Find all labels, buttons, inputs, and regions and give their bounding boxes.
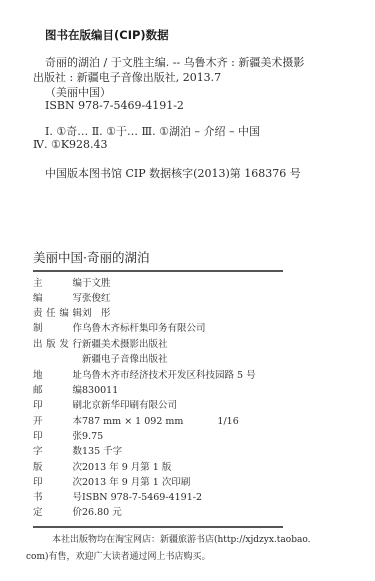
colophon-label: 制 作 bbox=[33, 321, 82, 336]
format-size: 787 mm × 1 092 mm bbox=[82, 416, 183, 427]
book-title: 美丽中国·奇丽的湖泊 bbox=[33, 248, 149, 266]
colophon-value: 830011 bbox=[82, 383, 118, 398]
colophon-row-address: 地 址乌鲁木齐市经济技术开发区科技园路 5 号 bbox=[33, 368, 82, 383]
colophon-label: 定 价 bbox=[33, 505, 82, 520]
colophon-value: 新疆美术摄影出版社 bbox=[82, 337, 168, 352]
cip-series-line: （美丽中国） bbox=[45, 84, 111, 100]
colophon-label: 书 号 bbox=[33, 490, 82, 505]
colophon-row-sheets: 印 张9.75 bbox=[33, 429, 82, 444]
colophon-row-postcode: 邮 编830011 bbox=[33, 383, 82, 398]
colophon-value: 乌鲁木齐市经济技术开发区科技园路 5 号 bbox=[82, 368, 256, 383]
colophon-value: 2013 年 9 月第 1 次印刷 bbox=[82, 475, 190, 490]
colophon-value: 刘 彤 bbox=[82, 306, 111, 321]
colophon-value: 135 千字 bbox=[82, 444, 122, 459]
colophon-value: 2013 年 9 月第 1 版 bbox=[82, 460, 171, 475]
colophon-label: 开 本 bbox=[33, 414, 82, 429]
colophon-label: 印 张 bbox=[33, 429, 82, 444]
colophon-label: 主 编 bbox=[33, 276, 82, 291]
colophon-label: 责任编辑 bbox=[33, 306, 82, 321]
title-divider bbox=[33, 270, 283, 272]
colophon-label: 编 写 bbox=[33, 291, 82, 306]
colophon-value: ISBN 978-7-5469-4191-2 bbox=[82, 490, 202, 505]
colophon-label: 字 数 bbox=[33, 444, 82, 459]
footer-note-line: com)有售，欢迎广大读者通过网上书店购买。 bbox=[26, 549, 211, 562]
footer-divider bbox=[33, 526, 283, 528]
cip-heading: 图书在版编目(CIP)数据 bbox=[45, 27, 169, 43]
colophon-label: 地 址 bbox=[33, 368, 82, 383]
colophon-row-printing: 印 次2013 年 9 月第 1 次印刷 bbox=[33, 475, 82, 490]
colophon-label: 印 刷 bbox=[33, 398, 82, 413]
cip-entry-line: 出版社 : 新疆电子音像出版社, 2013.7 bbox=[33, 69, 221, 85]
cip-isbn-line: ISBN 978-7-5469-4191-2 bbox=[45, 99, 184, 112]
cip-classification-line: Ⅰ. ①奇… Ⅱ. ①于… Ⅲ. ①湖泊 – 介绍 – 中国 bbox=[45, 123, 260, 139]
colophon-value: 9.75 bbox=[82, 429, 103, 444]
colophon-value: 乌鲁木齐标杆集印务有限公司 bbox=[82, 321, 206, 336]
colophon-label: 版 次 bbox=[33, 460, 82, 475]
colophon-row-format: 开 本787 mm × 1 092 mm1/16 bbox=[33, 414, 82, 429]
colophon-row-chief-editor: 主 编于文胜 bbox=[33, 276, 82, 291]
colophon-value: 787 mm × 1 092 mm1/16 bbox=[82, 414, 239, 429]
colophon-value: 北京新华印刷有限公司 bbox=[82, 398, 177, 413]
colophon-row-production: 制 作乌鲁木齐标杆集印务有限公司 bbox=[33, 321, 82, 336]
colophon-row-word-count: 字 数135 千字 bbox=[33, 444, 82, 459]
colophon-label: 邮 编 bbox=[33, 383, 82, 398]
colophon-value: 张俊红 bbox=[82, 291, 111, 306]
colophon-value: 于文胜 bbox=[82, 276, 111, 291]
colophon-row-printer: 印 刷北京新华印刷有限公司 bbox=[33, 398, 82, 413]
cip-classification-line: Ⅳ. ①K928.43 bbox=[33, 138, 108, 151]
format-fraction: 1/16 bbox=[217, 416, 238, 427]
footer-note-line: 本社出版物均在淘宝网店：新疆旅游书店(http://xjdzyx.taobao. bbox=[52, 532, 310, 545]
colophon-row-publisher: 出版发行新疆美术摄影出版社 bbox=[33, 337, 82, 352]
cip-entry-line: 奇丽的湖泊 / 于文胜主编. -- 乌鲁木齐 : 新疆美术摄影 bbox=[45, 54, 304, 70]
colophon-row-publisher-2: 新疆电子音像出版社 bbox=[33, 352, 82, 367]
colophon-value: 26.80 元 bbox=[82, 505, 122, 520]
colophon-value: 新疆电子音像出版社 bbox=[82, 352, 168, 367]
colophon-row-writer: 编 写张俊红 bbox=[33, 291, 82, 306]
colophon-label: 印 次 bbox=[33, 475, 82, 490]
colophon-row-responsible-editor: 责任编辑刘 彤 bbox=[33, 306, 82, 321]
colophon-row-isbn: 书 号ISBN 978-7-5469-4191-2 bbox=[33, 490, 82, 505]
colophon-label: 出版发行 bbox=[33, 337, 82, 352]
colophon-row-edition: 版 次2013 年 9 月第 1 版 bbox=[33, 460, 82, 475]
cip-record-number: 中国版本图书馆 CIP 数据核字(2013)第 168376 号 bbox=[45, 165, 301, 181]
colophon-row-price: 定 价26.80 元 bbox=[33, 505, 82, 520]
